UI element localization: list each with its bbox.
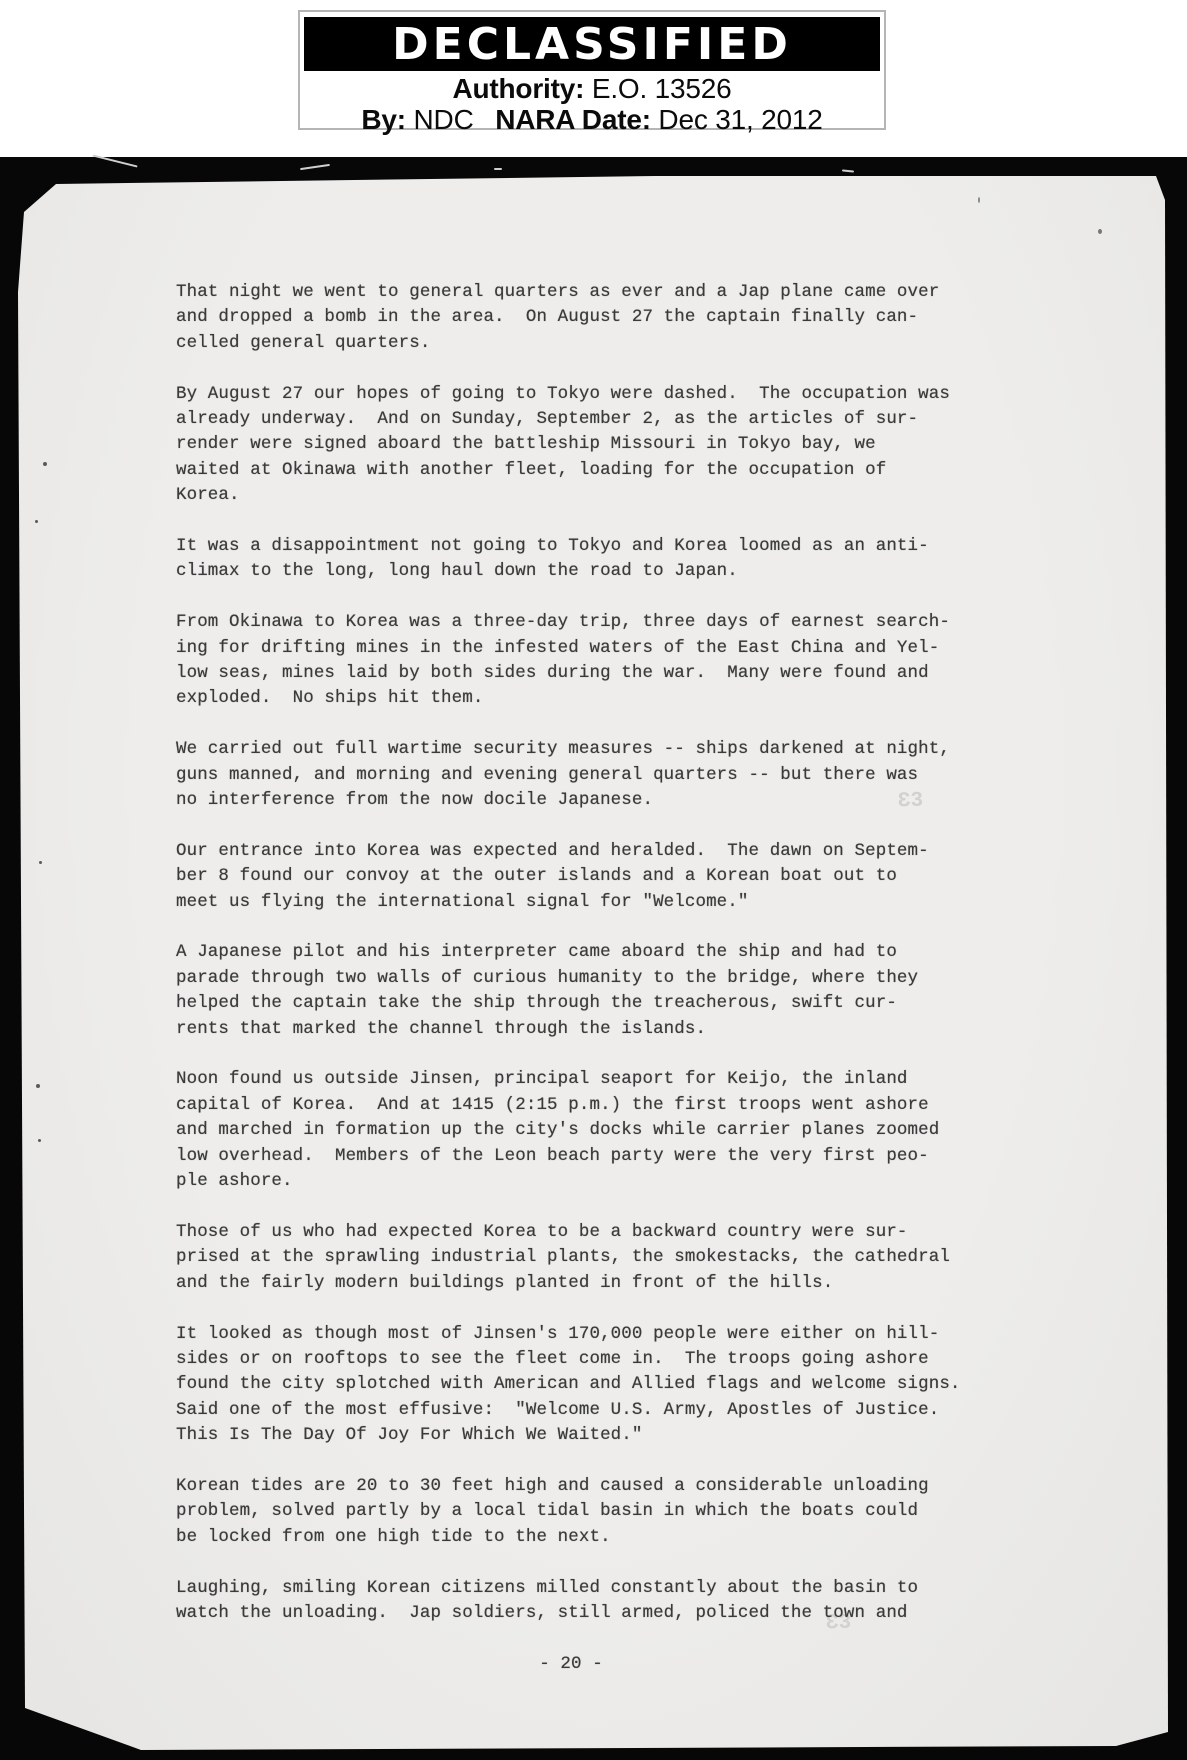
document-text: That night we went to general quarters a… <box>176 280 996 1677</box>
scan-speck <box>35 520 38 523</box>
paragraph: It was a disappointment not going to Tok… <box>176 534 996 585</box>
authority-value: E.O. 13526 <box>592 73 732 104</box>
page-number: - 20 - <box>176 1652 966 1677</box>
scan-speck <box>38 1139 41 1142</box>
scan-speck <box>36 1084 40 1088</box>
declassified-stamp: DECLASSIFIED Authority: E.O. 13526 By: N… <box>298 10 886 130</box>
nara-date-label: NARA Date: <box>495 104 651 135</box>
paragraph: Those of us who had expected Korea to be… <box>176 1220 996 1296</box>
stamp-authority-line: Authority: E.O. 13526 <box>300 73 884 105</box>
stamp-by-line: By: NDC NARA Date: Dec 31, 2012 <box>300 104 884 136</box>
paragraph: From Okinawa to Korea was a three-day tr… <box>176 610 996 712</box>
paragraph: Our entrance into Korea was expected and… <box>176 839 996 915</box>
authority-label: Authority: <box>452 73 584 104</box>
paragraph: A Japanese pilot and his interpreter cam… <box>176 940 996 1042</box>
paragraph: It looked as though most of Jinsen's 170… <box>176 1322 996 1449</box>
by-value: NDC <box>414 104 474 135</box>
stamp-title: DECLASSIFIED <box>392 19 792 70</box>
scan-speck <box>978 197 980 203</box>
paragraph: By August 27 our hopes of going to Tokyo… <box>176 382 996 509</box>
scan-speck <box>43 462 47 466</box>
paragraph: Korean tides are 20 to 30 feet high and … <box>176 1474 996 1550</box>
nara-date-value: Dec 31, 2012 <box>658 104 822 135</box>
scan-speck <box>1098 229 1102 234</box>
scan-speck <box>39 861 42 864</box>
paragraph: That night we went to general quarters a… <box>176 280 996 356</box>
scanned-declassified-page: { "stamp": { "title": "DECLASSIFIED", "a… <box>0 0 1187 1760</box>
paragraph: Noon found us outside Jinsen, principal … <box>176 1067 996 1194</box>
scan-scratch <box>494 168 502 170</box>
paragraph: We carried out full wartime security mea… <box>176 737 996 813</box>
stamp-title-bar: DECLASSIFIED <box>304 17 880 71</box>
by-label: By: <box>361 104 406 135</box>
paragraph: Laughing, smiling Korean citizens milled… <box>176 1576 996 1627</box>
